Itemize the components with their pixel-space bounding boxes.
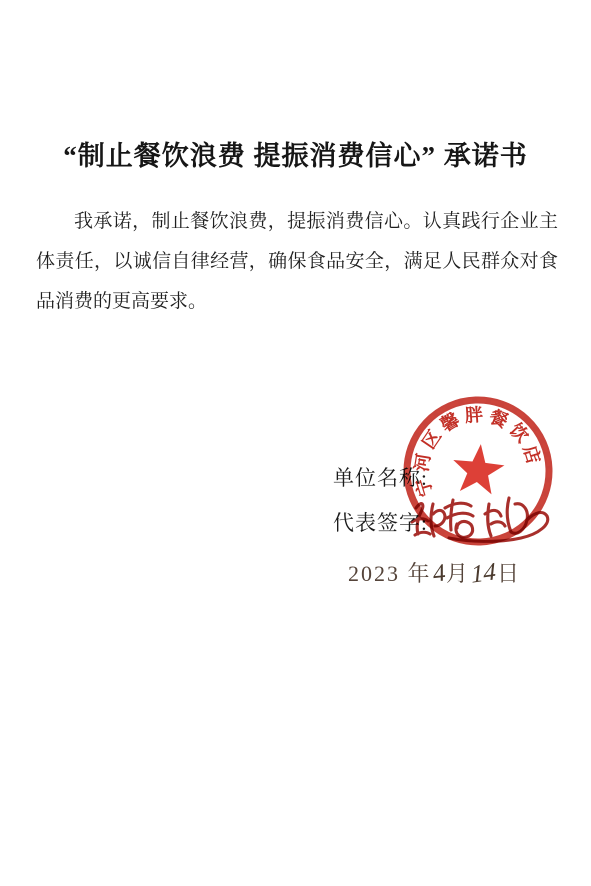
document-title: “制止餐饮浪费 提振消费信心” 承诺书 [0, 134, 591, 173]
seal-text-char: 胖 [464, 404, 483, 426]
seal-text-char: 河 [411, 452, 434, 473]
date-month-handwritten: 4 [433, 559, 445, 588]
date-line: 2023 年4月14日 [348, 557, 521, 588]
signature-handwriting [408, 489, 556, 547]
commitment-letter-page: “制止餐饮浪费 提振消费信心” 承诺书 我承诺，制止餐饮浪费，提振消费信心。认真… [0, 0, 591, 886]
star-icon [453, 443, 506, 495]
date-day-handwritten: 14 [470, 558, 498, 590]
date-year: 2023 [348, 561, 400, 587]
date-day-unit: 日 [497, 557, 521, 588]
date-month-unit: 月 [446, 557, 470, 588]
commitment-paragraph: 我承诺，制止餐饮浪费，提振消费信心。认真践行企业主体责任，以诚信自律经营，确保食… [36, 202, 558, 322]
date-year-unit: 年 [408, 557, 432, 588]
